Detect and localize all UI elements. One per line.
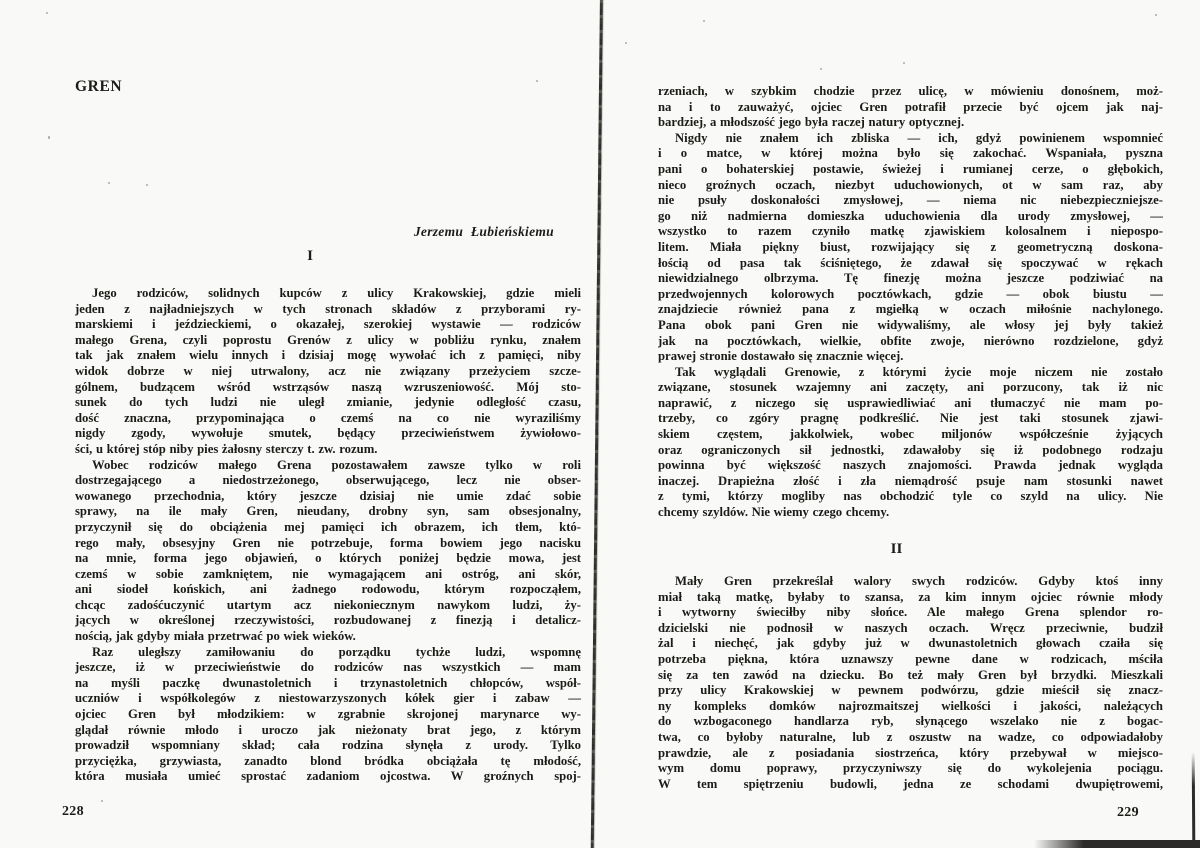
text-line: i wytworny świeciłby niby słońce. Ale ma… [658,605,1163,621]
text-line: sprawy, na ile mały Gren, nieudany, drob… [75,504,581,520]
text-line: bardziej, a młodszość jego była raczej n… [658,115,1163,131]
page-number-right: 229 [1117,805,1139,821]
text-line: Wobec rodziców małego Grena pozostawałem… [75,458,581,474]
text-line: małego Grena, czyli poprostu Grenów z ul… [75,333,581,349]
text-line: skiem częstem, jakkolwiek, wobec miljonó… [658,427,1163,443]
text-line: Tak wyglądali Grenowie, z którymi życie … [658,365,1163,381]
text-line: prawej stronie dostawało się znacznie wi… [658,349,1163,365]
text-line: pani o bohaterskiej postawie, świeżej i … [658,162,1163,178]
scan-speck [820,68,822,70]
text-line: widok dobrze w niej utrwalony, acz nie z… [75,364,581,380]
text-line: która musiała umieć sprostać zadaniom oj… [75,769,581,785]
text-line: rego mały, obsesyjny Gren nie potrzebuje… [75,536,581,552]
text-line: chcemy szyldów. Nie wiemy czego chcemy. [658,505,1163,521]
text-line: ojciec Gren był młodzikiem: w zgrabnie s… [75,707,581,723]
text-line: z tymi, którzy mogliby nas obchodzić tyl… [658,489,1163,505]
text-line: Mały Gren przekreślał walory swych rodzi… [658,574,1163,590]
section-heading-ii: II [658,541,1163,558]
text-line: prawdzie, ale z posiadania siostrzeńca, … [658,746,1163,762]
text-line: i o matce, w której można było się zakoc… [658,146,1163,162]
text-line: trzeby, co zgóry pragnę podkreślić. Nie … [658,411,1163,427]
text-line: sunek do tych ludzi nie uległ zmianie, j… [75,395,581,411]
text-line: przedwojennych kolorowych pocztówkach, g… [658,287,1163,303]
text-line: jak na pocztówkach, wielkie, obfite zwoj… [658,334,1163,350]
text-line: przyczynił się do obciążenia mej pamięci… [75,520,581,536]
text-line: łością od pasa tak ściśniętego, że zdawa… [658,256,1163,272]
text-line: wowanego przechodnia, który jeszcze dzis… [75,489,581,505]
text-line: nigdy zgody, wywołuje smutek, będący prz… [75,426,581,442]
text-line: dość znaczna, przypominająca o czemś na … [75,411,581,427]
text-line: dostrzegającego a niedostrzeżonego, obse… [75,473,581,489]
page-right: rzeniach, w szybkim chodzie przez ulicę,… [658,0,1163,848]
text-line: przy ulicy Krakowskiej w pewnem podwórzu… [658,683,1163,699]
scan-edge-right [1192,752,1196,848]
scan-speck [108,182,110,184]
text-line: na myśli paczkę dwunastoletnich i trzyna… [75,676,581,692]
text-line: gólnem, budzącem wśród wstrząsów naszą w… [75,380,581,396]
text-line: naprawić, z niczego się usprawiedliwiać … [658,396,1163,412]
text-line: Nigdy nie znałem ich zbliska — ich, gdyż… [658,131,1163,147]
text-line: Raz uległszy zamiłowaniu do porządku tyc… [75,645,581,661]
text-line: nością, jak gdyby miała przetrwać po wie… [75,629,581,645]
text-line: nie psuły doskonałości zmysłowej, — niem… [658,193,1163,209]
gutter-shadow [591,0,603,848]
scan-speck [46,12,48,14]
dedication: Jerzemu Łubieńskiemu [414,224,554,240]
scan-speck [536,80,538,82]
scan-edge-bottom [1034,840,1200,848]
text-line: czemś w sobie zamkniętem, nie wymagające… [75,567,581,583]
text-line: wszystko to razem czyniło matkę zjawiski… [658,224,1163,240]
section-heading-i: I [75,248,581,265]
scan-speck [903,62,905,64]
text-line: znajdziecie również pana z mgiełką w ocz… [658,302,1163,318]
page-left-body: Jego rodziców, solidnych kupców z ulicy … [75,286,581,785]
scan-speck [101,800,103,802]
text-line: glądał równie młodo i uroczo jak nieżona… [75,723,581,739]
text-line: nieco groźnych oczach, niezbyt uduchowio… [658,178,1163,194]
page-right-body-bottom: Mały Gren przekreślał walory swych rodzi… [658,574,1163,792]
text-line: żal i niechęć, jak gdyby już w dwunastol… [658,636,1163,652]
scan-speck [625,42,627,44]
text-line: rzeniach, w szybkim chodzie przez ulicę,… [658,84,1163,100]
text-line: Pana obok pani Gren nie widywaliśmy, ale… [658,318,1163,334]
text-line: przyciężka, grzywiasta, zanadto blond br… [75,754,581,770]
text-line: na i to zauważyć, ojciec Gren potrafił p… [658,100,1163,116]
text-line: na mnie, forma jego objawień, o których … [75,551,581,567]
text-line: niewidzialnego olbrzyma. Tę finezję możn… [658,271,1163,287]
page-number-left: 228 [62,804,84,820]
text-line: do wzbogaconego handlarza ryb, słynącego… [658,714,1163,730]
text-line: ny kompleks domków najrozmaitszej wielko… [658,699,1163,715]
scan-speck [703,20,705,22]
text-line: dzicielski nie podnosił w naszych oczach… [658,621,1163,637]
text-line: prowadził wspomniany skład; cała rodzina… [75,738,581,754]
text-line: potrzeba piękna, która uznawszy pewne da… [658,652,1163,668]
text-line: marskiemi i jeździeckiemi, o okazałej, s… [75,317,581,333]
text-line: uczniów i współkolegów z niestowarzyszon… [75,691,581,707]
text-line: inaczej. Drapieżna złość i zła niemądroś… [658,474,1163,490]
text-line: się za ten zawód na dziecku. Bo też mały… [658,668,1163,684]
text-line: jących w określonej rzeczywistości, rozb… [75,613,581,629]
text-line: ści, u której stóp niby pies żałosny ste… [75,442,581,458]
text-line: wym domu poprawy, przyczyniwszy się do w… [658,761,1163,777]
text-line: związane, stosunek wzajemny ani zaczęty,… [658,380,1163,396]
text-line: chcąc zadośćuczynić utartym acz niekonie… [75,598,581,614]
text-line: jeden z najładniejszych w tych stronach … [75,302,581,318]
text-line: W tem spiętrzeniu budowli, jedna ze scho… [658,777,1163,793]
page-left: GREN Jerzemu Łubieńskiemu I Jego rodzicó… [75,0,581,848]
text-line: miał taką matkę, byłaby to szansa, za ki… [658,590,1163,606]
scan-speck [1155,14,1157,16]
book-scan: GREN Jerzemu Łubieńskiemu I Jego rodzicó… [0,0,1200,848]
chapter-title: GREN [75,78,122,96]
text-line: jeszcze, iż w przeciwieństwie do rodzicó… [75,660,581,676]
text-line: oraz ograniczonych sił jednostki, zdawał… [658,443,1163,459]
text-line: powinna być większość naszych znajomości… [658,458,1163,474]
text-line: ani siodeł końskich, ani żadnego rodowod… [75,582,581,598]
text-line: Jego rodziców, solidnych kupców z ulicy … [75,286,581,302]
text-line: twa, co byłoby naturalne, lub z oszustw … [658,730,1163,746]
text-line: go niż nadmierna domieszka uduchowienia … [658,209,1163,225]
scan-speck [146,184,148,186]
text-line: tak jak znałem wielu innych i dzisiaj mo… [75,348,581,364]
text-line: litem. Miała piękny biust, rozwijający s… [658,240,1163,256]
page-right-body-top: rzeniach, w szybkim chodzie przez ulicę,… [658,84,1163,521]
scan-speck [48,136,50,139]
